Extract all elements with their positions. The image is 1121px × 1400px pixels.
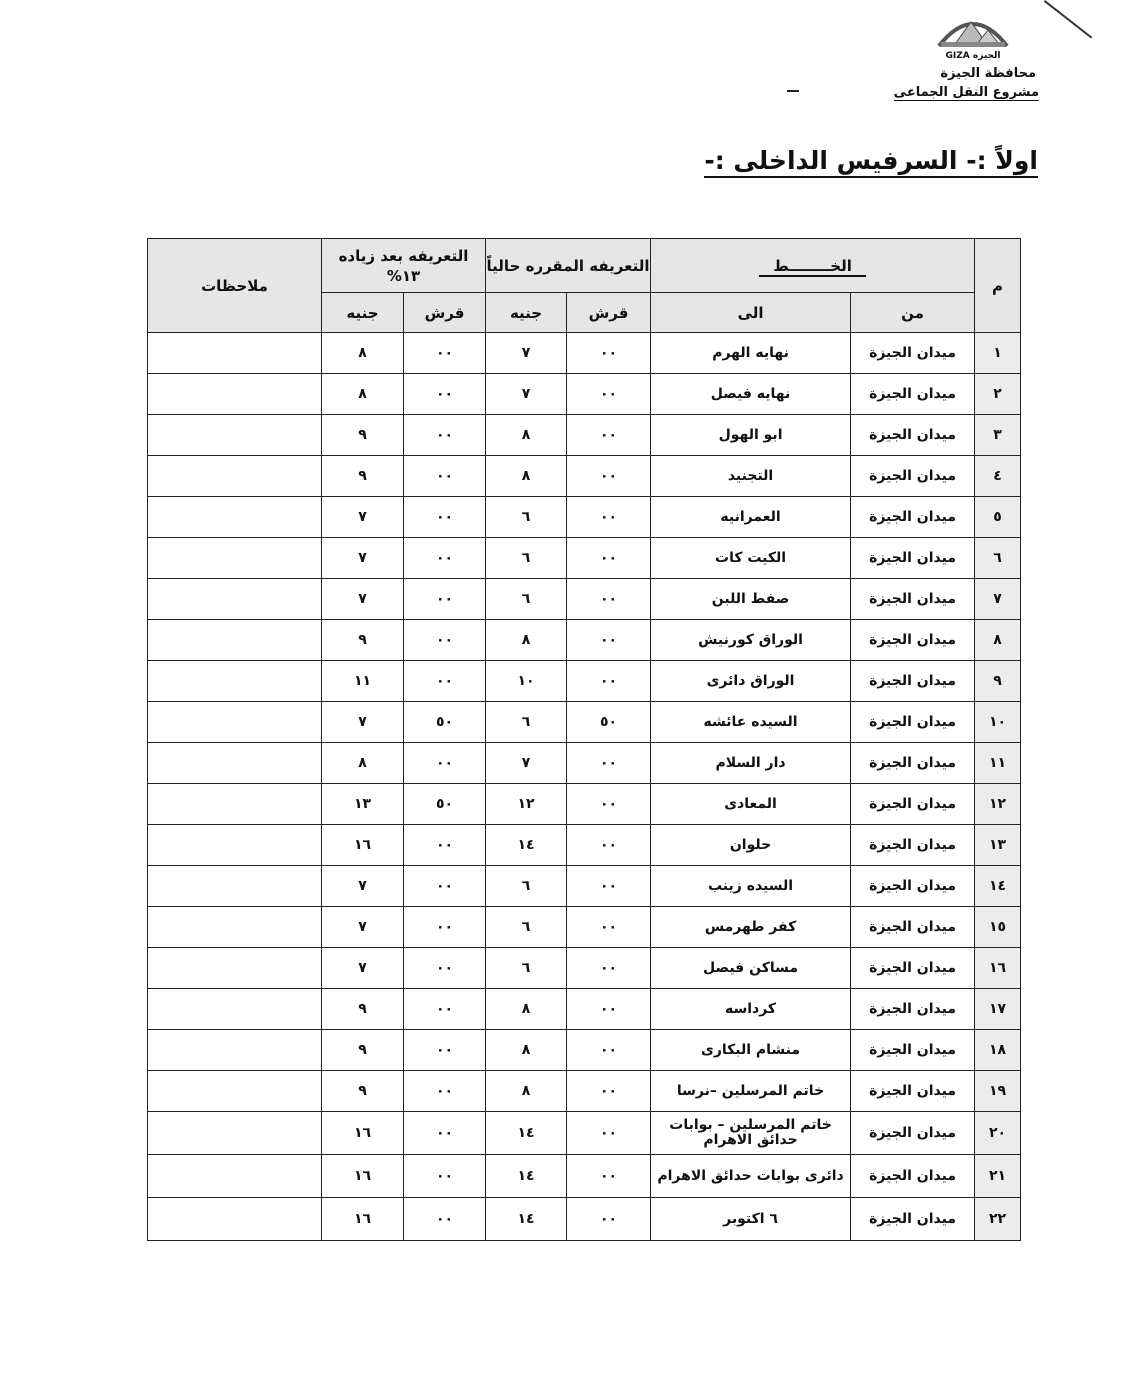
new-pound: ٩ [322,1030,404,1071]
notes-cell [148,456,322,497]
header-to: الى [651,293,851,333]
organization-name: محافظة الجيزة [940,66,1036,81]
new-piaster: ٠٠ [404,1030,486,1071]
new-piaster: ٠٠ [404,743,486,784]
current-piaster: ٠٠ [567,1155,651,1198]
row-number: ١٢ [975,784,1021,825]
current-pound: ٨ [486,1071,567,1112]
new-pound: ٧ [322,866,404,907]
route-to: كفر طهرمس [651,907,851,948]
notes-cell [148,825,322,866]
route-to: العمرانيه [651,497,851,538]
current-piaster: ٠٠ [567,661,651,702]
row-number: ١٥ [975,907,1021,948]
new-piaster: ٠٠ [404,825,486,866]
row-number: ٦ [975,538,1021,579]
current-pound: ١٠ [486,661,567,702]
notes-cell [148,333,322,374]
table-row: ٨ ميدان الجيزة الوراق كورنيش ٠٠ ٨ ٠٠ ٩ [148,620,1021,661]
route-to: ابو الهول [651,415,851,456]
table-row: ١٤ ميدان الجيزة السيده زينب ٠٠ ٦ ٠٠ ٧ [148,866,1021,907]
row-number: ٧ [975,579,1021,620]
current-piaster: ٠٠ [567,1071,651,1112]
route-from: ميدان الجيزة [851,1112,975,1155]
row-number: ٢٢ [975,1198,1021,1241]
new-pound: ٩ [322,1071,404,1112]
table-row: ٧ ميدان الجيزة صفط اللبن ٠٠ ٦ ٠٠ ٧ [148,579,1021,620]
new-piaster: ٠٠ [404,1112,486,1155]
new-pound: ١١ [322,661,404,702]
current-piaster: ٠٠ [567,784,651,825]
route-to: السيده زينب [651,866,851,907]
current-piaster: ٠٠ [567,415,651,456]
new-pound: ١٦ [322,1198,404,1241]
current-pound: ٧ [486,743,567,784]
route-to: حلوان [651,825,851,866]
route-to: السيده عائشه [651,702,851,743]
route-to: الوراق كورنيش [651,620,851,661]
table-row: ٢ ميدان الجيزة نهايه فيصل ٠٠ ٧ ٠٠ ٨ [148,374,1021,415]
current-pound: ٦ [486,497,567,538]
route-from: ميدان الجيزة [851,948,975,989]
current-piaster: ٥٠ [567,702,651,743]
current-piaster: ٠٠ [567,333,651,374]
route-from: ميدان الجيزة [851,866,975,907]
new-piaster: ٠٠ [404,866,486,907]
route-from: ميدان الجيزة [851,1198,975,1241]
route-to: منشام البكارى [651,1030,851,1071]
route-from: ميدان الجيزة [851,497,975,538]
row-number: ٢١ [975,1155,1021,1198]
new-piaster: ٠٠ [404,1071,486,1112]
row-number: ١١ [975,743,1021,784]
current-piaster: ٠٠ [567,374,651,415]
notes-cell [148,415,322,456]
current-pound: ٦ [486,907,567,948]
current-piaster: ٠٠ [567,989,651,1030]
current-pound: ٦ [486,866,567,907]
row-number: ٥ [975,497,1021,538]
current-piaster: ٠٠ [567,579,651,620]
table-row: ١٦ ميدان الجيزة مساكن فيصل ٠٠ ٦ ٠٠ ٧ [148,948,1021,989]
current-piaster: ٠٠ [567,456,651,497]
header-from: من [851,293,975,333]
row-number: ٨ [975,620,1021,661]
header-current-pound: جنيه [486,293,567,333]
new-pound: ١٦ [322,825,404,866]
notes-cell [148,1155,322,1198]
route-to: ٦ اكتوبر [651,1198,851,1241]
new-pound: ٧ [322,907,404,948]
notes-cell [148,784,322,825]
governorate-logo: الجيزه GIZA [903,8,1043,61]
table-row: ٤ ميدان الجيزة التجنيد ٠٠ ٨ ٠٠ ٩ [148,456,1021,497]
table-row: ١٥ ميدان الجيزة كفر طهرمس ٠٠ ٦ ٠٠ ٧ [148,907,1021,948]
new-pound: ٨ [322,333,404,374]
header-new-piaster: قرش [404,293,486,333]
header-new-pound: جنيه [322,293,404,333]
current-pound: ١٤ [486,825,567,866]
route-to: دائرى بوابات حدائق الاهرام [651,1155,851,1198]
row-number: ١ [975,333,1021,374]
new-piaster: ٠٠ [404,333,486,374]
row-number: ٩ [975,661,1021,702]
header-current-fare: التعريفه المقرره حالياً [486,239,651,293]
pyramids-emblem-icon [933,8,1013,50]
row-number: ١٣ [975,825,1021,866]
table-row: ١٣ ميدان الجيزة حلوان ٠٠ ١٤ ٠٠ ١٦ [148,825,1021,866]
dash-mark [787,90,799,92]
new-piaster: ٠٠ [404,1155,486,1198]
notes-cell [148,702,322,743]
current-piaster: ٠٠ [567,538,651,579]
current-pound: ٦ [486,948,567,989]
new-piaster: ٠٠ [404,497,486,538]
new-piaster: ٥٠ [404,784,486,825]
row-number: ١٨ [975,1030,1021,1071]
new-pound: ٧ [322,579,404,620]
new-piaster: ٠٠ [404,661,486,702]
route-from: ميدان الجيزة [851,456,975,497]
new-piaster: ٠٠ [404,456,486,497]
route-from: ميدان الجيزة [851,538,975,579]
new-piaster: ٠٠ [404,579,486,620]
table-row: ١٩ ميدان الجيزة خاتم المرسلين –نرسا ٠٠ ٨… [148,1071,1021,1112]
route-to: الوراق دائرى [651,661,851,702]
row-number: ٣ [975,415,1021,456]
new-piaster: ٠٠ [404,948,486,989]
table-row: ١٢ ميدان الجيزة المعادى ٠٠ ١٢ ٥٠ ١٣ [148,784,1021,825]
new-piaster: ٥٠ [404,702,486,743]
current-piaster: ٠٠ [567,497,651,538]
row-number: ٢ [975,374,1021,415]
route-from: ميدان الجيزة [851,743,975,784]
route-from: ميدان الجيزة [851,333,975,374]
notes-cell [148,579,322,620]
notes-cell [148,1071,322,1112]
route-from: ميدان الجيزة [851,415,975,456]
notes-cell [148,1112,322,1155]
table-row: ٢١ ميدان الجيزة دائرى بوابات حدائق الاهر… [148,1155,1021,1198]
notes-cell [148,866,322,907]
route-from: ميدان الجيزة [851,579,975,620]
new-piaster: ٠٠ [404,620,486,661]
table-row: ١ ميدان الجيزة نهايه الهرم ٠٠ ٧ ٠٠ ٨ [148,333,1021,374]
notes-cell [148,1030,322,1071]
current-piaster: ٠٠ [567,907,651,948]
route-from: ميدان الجيزة [851,989,975,1030]
header-notes: ملاحظات [148,239,322,333]
row-number: ١٤ [975,866,1021,907]
current-pound: ٨ [486,620,567,661]
current-pound: ١٤ [486,1155,567,1198]
row-number: ١٠ [975,702,1021,743]
route-to: خاتم المرسلين – بوابات حدائق الاهرام [651,1112,851,1155]
new-piaster: ٠٠ [404,1198,486,1241]
route-to: خاتم المرسلين –نرسا [651,1071,851,1112]
current-piaster: ٠٠ [567,948,651,989]
route-to: كرداسه [651,989,851,1030]
header-increased-fare: التعريفه بعد زياده ١٣% [322,239,486,293]
current-pound: ٦ [486,579,567,620]
row-number: ١٩ [975,1071,1021,1112]
new-piaster: ٠٠ [404,907,486,948]
new-pound: ٨ [322,374,404,415]
route-from: ميدان الجيزة [851,620,975,661]
route-from: ميدان الجيزة [851,702,975,743]
table-row: ٢٠ ميدان الجيزة خاتم المرسلين – بوابات ح… [148,1112,1021,1155]
current-pound: ٦ [486,538,567,579]
section-title: اولاً :- السرفيس الداخلى :- [704,146,1038,178]
route-from: ميدان الجيزة [851,661,975,702]
new-piaster: ٠٠ [404,415,486,456]
route-from: ميدان الجيزة [851,825,975,866]
header-current-piaster: قرش [567,293,651,333]
notes-cell [148,620,322,661]
new-pound: ٧ [322,538,404,579]
route-to: صفط اللبن [651,579,851,620]
current-pound: ٧ [486,374,567,415]
route-to: نهايه الهرم [651,333,851,374]
notes-cell [148,989,322,1030]
new-pound: ١٦ [322,1155,404,1198]
new-pound: ٩ [322,415,404,456]
route-from: ميدان الجيزة [851,1071,975,1112]
new-pound: ٩ [322,456,404,497]
route-to: التجنيد [651,456,851,497]
current-pound: ٨ [486,415,567,456]
header-number: م [975,239,1021,333]
row-number: ١٦ [975,948,1021,989]
route-from: ميدان الجيزة [851,784,975,825]
notes-cell [148,948,322,989]
row-number: ٤ [975,456,1021,497]
route-from: ميدان الجيزة [851,1030,975,1071]
table-row: ١٠ ميدان الجيزة السيده عائشه ٥٠ ٦ ٥٠ ٧ [148,702,1021,743]
new-pound: ٧ [322,948,404,989]
route-to: مساكن فيصل [651,948,851,989]
notes-cell [148,661,322,702]
notes-cell [148,743,322,784]
new-pound: ٩ [322,620,404,661]
project-name: مشروع النقل الجماعى [894,85,1039,101]
row-number: ١٧ [975,989,1021,1030]
table-row: ١٨ ميدان الجيزة منشام البكارى ٠٠ ٨ ٠٠ ٩ [148,1030,1021,1071]
notes-cell [148,374,322,415]
new-piaster: ٠٠ [404,989,486,1030]
current-pound: ٧ [486,333,567,374]
current-piaster: ٠٠ [567,743,651,784]
table-row: ٣ ميدان الجيزة ابو الهول ٠٠ ٨ ٠٠ ٩ [148,415,1021,456]
new-pound: ٩ [322,989,404,1030]
current-piaster: ٠٠ [567,825,651,866]
current-piaster: ٠٠ [567,1198,651,1241]
current-piaster: ٠٠ [567,1030,651,1071]
logo-caption: الجيزه GIZA [903,51,1043,61]
table-row: ٩ ميدان الجيزة الوراق دائرى ٠٠ ١٠ ٠٠ ١١ [148,661,1021,702]
route-from: ميدان الجيزة [851,907,975,948]
route-to: الكيت كات [651,538,851,579]
fares-table: م الخــــــــط التعريفه المقرره حالياً ا… [147,238,1021,1241]
current-pound: ١٢ [486,784,567,825]
current-pound: ١٤ [486,1112,567,1155]
route-to: دار السلام [651,743,851,784]
row-number: ٢٠ [975,1112,1021,1155]
route-from: ميدان الجيزة [851,1155,975,1198]
table-row: ٢٢ ميدان الجيزة ٦ اكتوبر ٠٠ ١٤ ٠٠ ١٦ [148,1198,1021,1241]
table-row: ٥ ميدان الجيزة العمرانيه ٠٠ ٦ ٠٠ ٧ [148,497,1021,538]
route-from: ميدان الجيزة [851,374,975,415]
new-pound: ١٦ [322,1112,404,1155]
route-to: المعادى [651,784,851,825]
current-pound: ٨ [486,989,567,1030]
notes-cell [148,497,322,538]
new-pound: ٧ [322,497,404,538]
corner-scan-line [1044,0,1093,39]
current-pound: ٨ [486,456,567,497]
table-row: ٦ ميدان الجيزة الكيت كات ٠٠ ٦ ٠٠ ٧ [148,538,1021,579]
new-pound: ١٣ [322,784,404,825]
new-piaster: ٠٠ [404,538,486,579]
new-pound: ٨ [322,743,404,784]
current-piaster: ٠٠ [567,866,651,907]
current-pound: ٨ [486,1030,567,1071]
notes-cell [148,538,322,579]
notes-cell [148,1198,322,1241]
route-to: نهايه فيصل [651,374,851,415]
new-pound: ٧ [322,702,404,743]
table-row: ١١ ميدان الجيزة دار السلام ٠٠ ٧ ٠٠ ٨ [148,743,1021,784]
current-pound: ١٤ [486,1198,567,1241]
current-piaster: ٠٠ [567,620,651,661]
header-route: الخــــــــط [651,239,975,293]
table-row: ١٧ ميدان الجيزة كرداسه ٠٠ ٨ ٠٠ ٩ [148,989,1021,1030]
new-piaster: ٠٠ [404,374,486,415]
current-piaster: ٠٠ [567,1112,651,1155]
notes-cell [148,907,322,948]
current-pound: ٦ [486,702,567,743]
